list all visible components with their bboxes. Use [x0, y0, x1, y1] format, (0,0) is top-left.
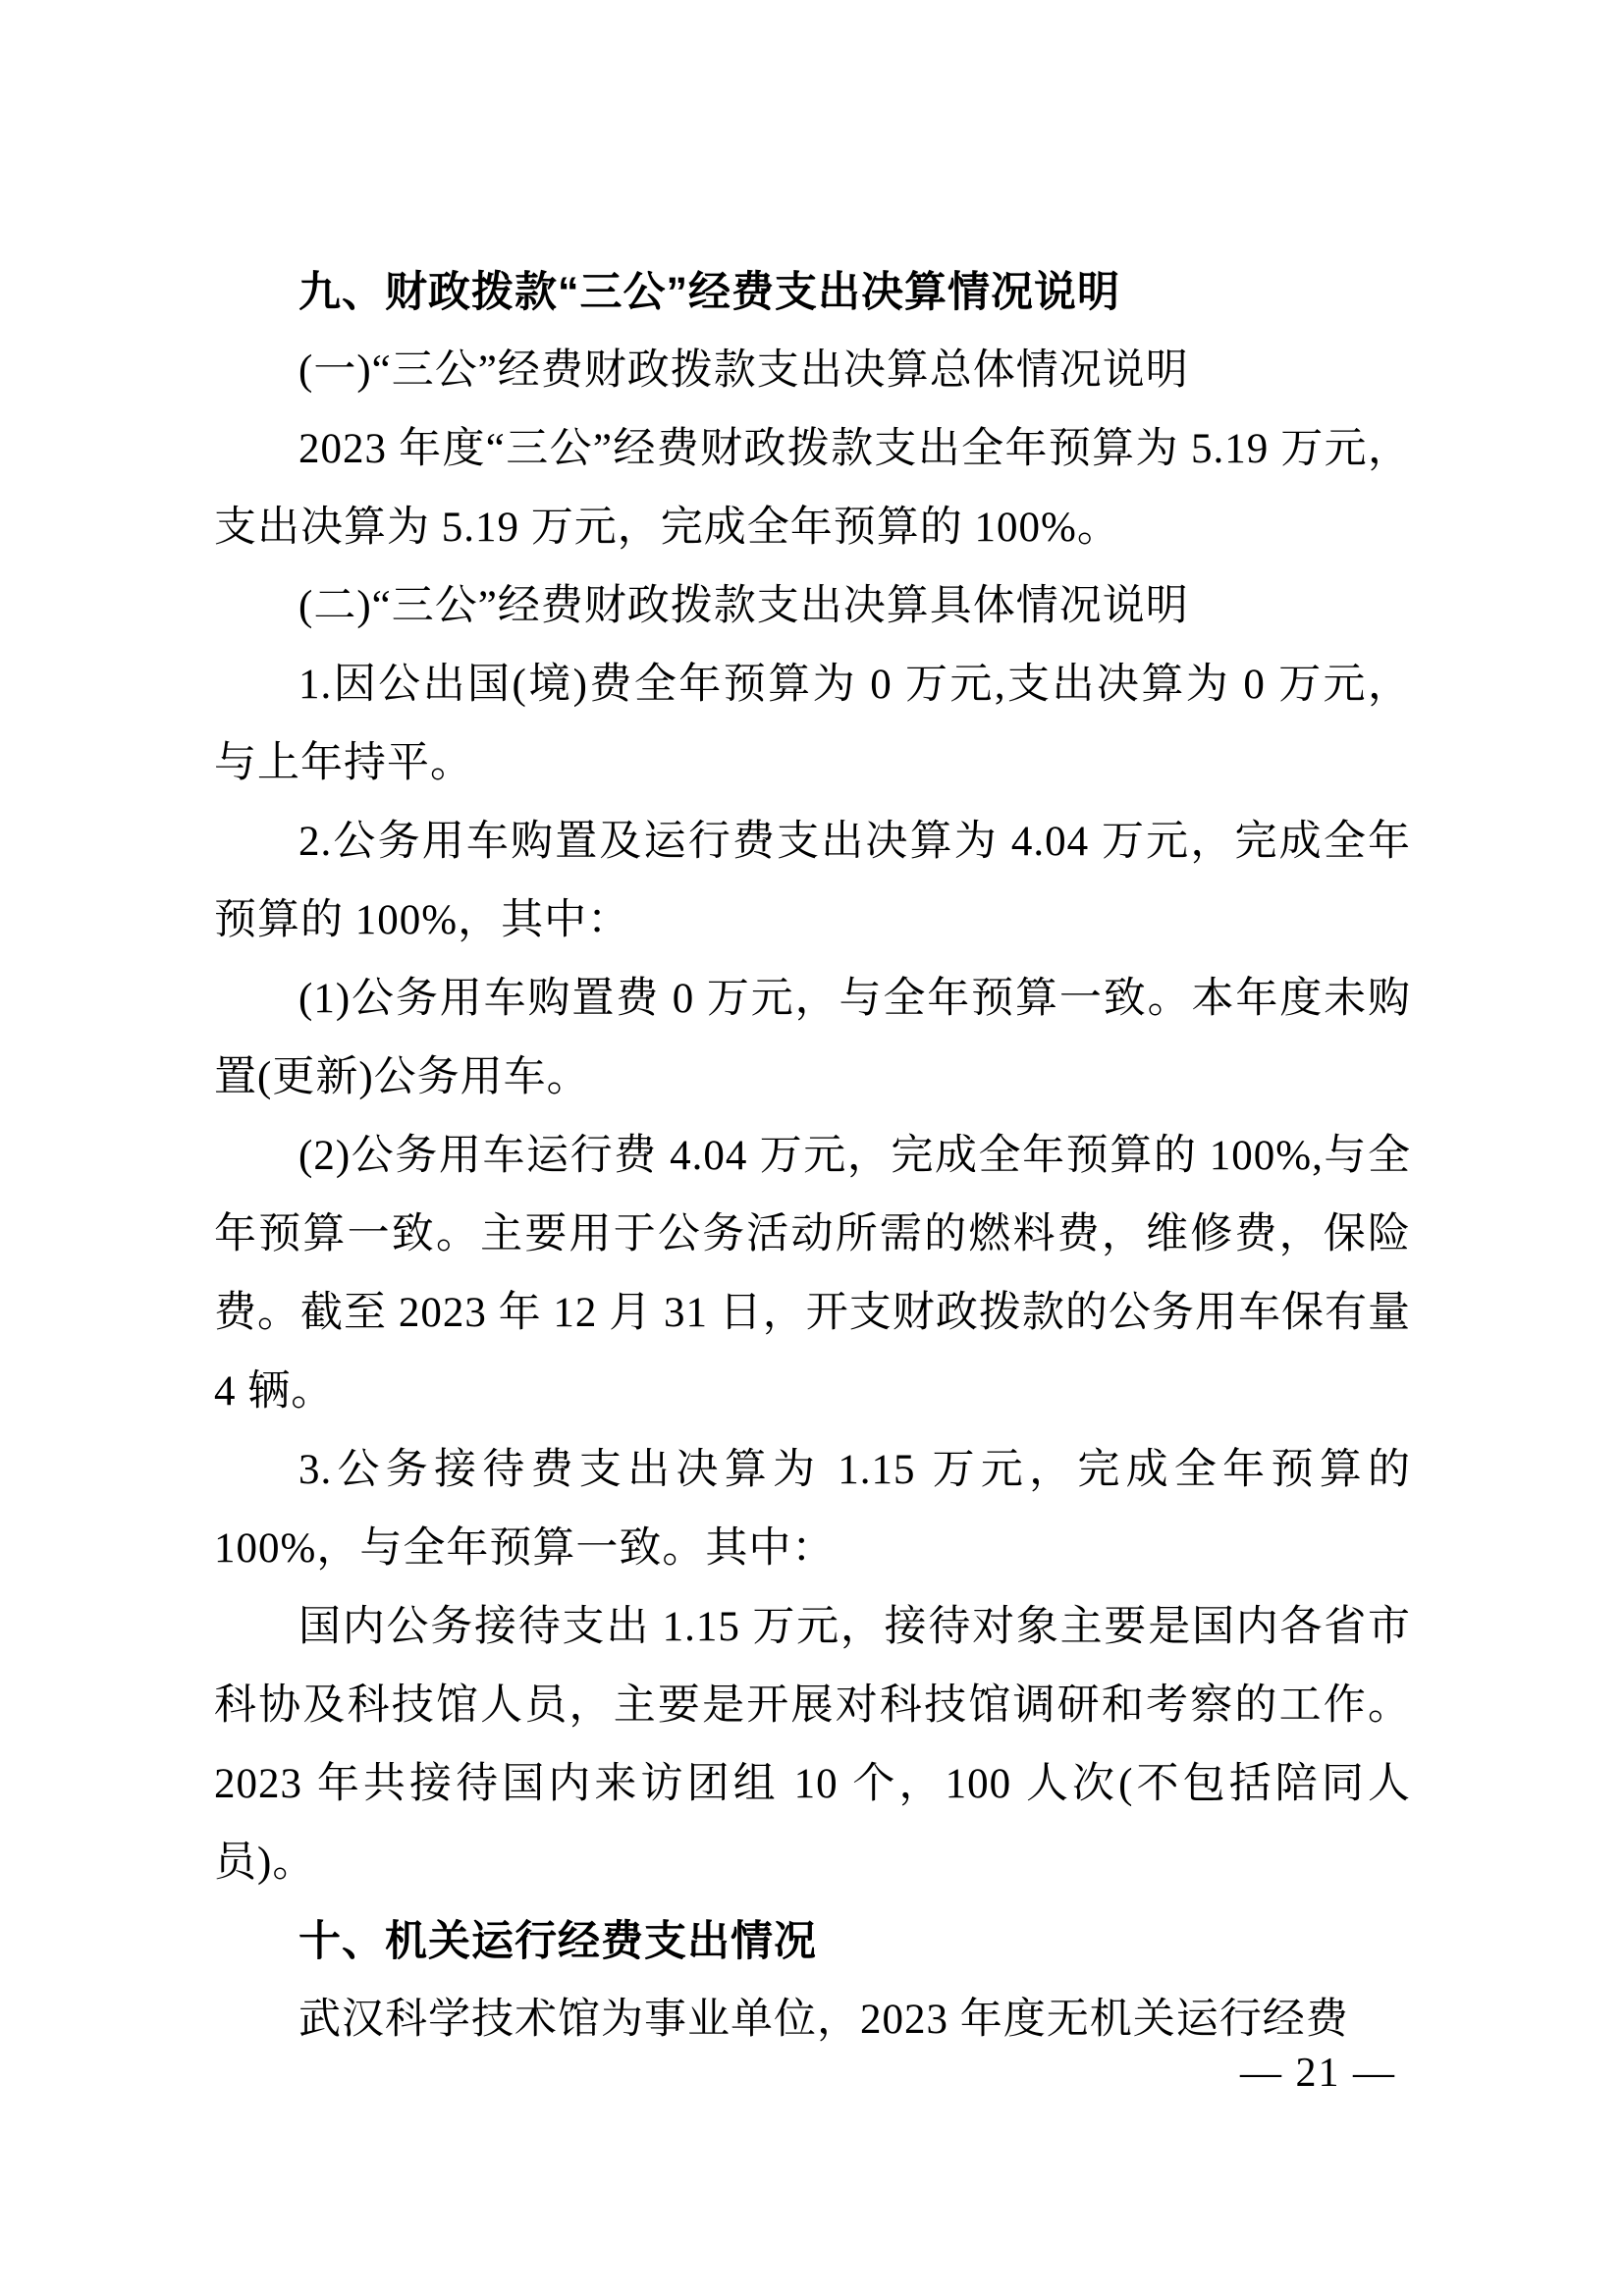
paragraph: 3.公务接待费支出决算为 1.15 万元，完成全年预算的 100%，与全年预算一… [214, 1431, 1411, 1588]
subheading: (一)“三公”经费财政拨款支出决算总体情况说明 [214, 332, 1411, 410]
paragraph: 2.公务用车购置及运行费支出决算为 4.04 万元，完成全年预算的 100%，其… [214, 803, 1411, 960]
paragraph: (1)公务用车购置费 0 万元，与全年预算一致。本年度未购置(更新)公务用车。 [214, 960, 1411, 1117]
document-body: 九、财政拨款“三公”经费支出决算情况说明(一)“三公”经费财政拨款支出决算总体情… [214, 253, 1411, 2059]
paragraph: 武汉科学技术馆为事业单位，2023 年度无机关运行经费 [214, 1981, 1411, 2059]
paragraph: 国内公务接待支出 1.15 万元，接待对象主要是国内各省市科协及科技馆人员，主要… [214, 1588, 1411, 1902]
document-page: 九、财政拨款“三公”经费支出决算情况说明(一)“三公”经费财政拨款支出决算总体情… [0, 0, 1624, 2296]
paragraph: 1.因公出国(境)费全年预算为 0 万元,支出决算为 0 万元，与上年持平。 [214, 646, 1411, 803]
section-heading: 十、机关运行经费支出情况 [214, 1902, 1411, 1981]
paragraph: 2023 年度“三公”经费财政拨款支出全年预算为 5.19 万元，支出决算为 5… [214, 410, 1411, 567]
section-heading: 九、财政拨款“三公”经费支出决算情况说明 [214, 253, 1411, 332]
paragraph: (2)公务用车运行费 4.04 万元，完成全年预算的 100%,与全年预算一致。… [214, 1117, 1411, 1431]
page-number: — 21 — [1240, 2044, 1396, 2103]
subheading: (二)“三公”经费财政拨款支出决算具体情况说明 [214, 567, 1411, 646]
